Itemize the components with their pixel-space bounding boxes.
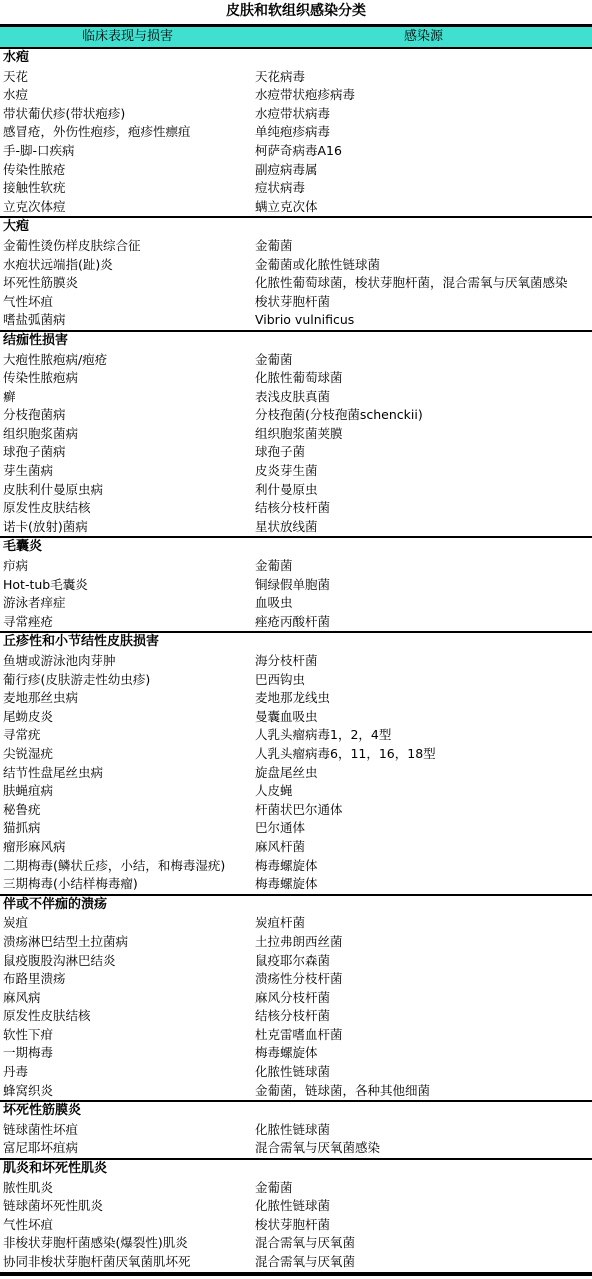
source-cell: 螨立克次体 xyxy=(255,198,592,217)
clinical-cell: 原发性皮肤结核 xyxy=(0,1007,255,1026)
table-section: 坏死性筋膜炎链球菌性坏疽化脓性链球菌富尼耶坏疽病混合需氧与厌氧菌感染 xyxy=(0,1100,592,1158)
source-cell: 组织胞浆菌荚膜 xyxy=(255,425,592,444)
table-row: 组织胞浆菌病组织胞浆菌荚膜 xyxy=(0,425,592,444)
source-cell: Vibrio vulnificus xyxy=(255,311,592,330)
clinical-cell: 溃疡淋巴结型土拉菌病 xyxy=(0,933,255,952)
source-cell: 炭疽杆菌 xyxy=(255,914,592,933)
source-cell: 金葡菌 xyxy=(255,237,592,256)
source-cell: 化脓性葡萄球菌 xyxy=(255,369,592,388)
clinical-cell: 富尼耶坏疽病 xyxy=(0,1139,255,1158)
clinical-cell: 秘鲁疣 xyxy=(0,801,255,820)
clinical-cell: 疖病 xyxy=(0,557,255,576)
source-cell: 麦地那龙线虫 xyxy=(255,689,592,708)
clinical-cell: 游泳者痒症 xyxy=(0,594,255,613)
source-cell: 水痘带状病毒 xyxy=(255,105,592,124)
clinical-cell: 二期梅毒(鳞状丘疹，小结，和梅毒湿疣) xyxy=(0,857,255,876)
clinical-cell: 协同非梭状芽胞杆菌厌氧菌肌坏死 xyxy=(0,1253,255,1272)
table-section: 肌炎和坏死性肌炎脓性肌炎金葡菌链球菌坏死性肌炎化脓性链球菌气性坏疽梭状芽胞杆菌非… xyxy=(0,1158,592,1272)
table-row: 感冒疮，外伤性疱疹，疱疹性瘭疽单纯疱疹病毒 xyxy=(0,123,592,142)
table-row: 立克次体痘螨立克次体 xyxy=(0,198,592,217)
document-page: 皮肤和软组织感染分类 临床表现与损害 感染源 水疱天花天花病毒水痘水痘带状疱疹病… xyxy=(0,0,592,1279)
source-cell: 混合需氧与厌氧菌感染 xyxy=(255,1139,592,1158)
table-row: 软性下疳杜克雷嗜血杆菌 xyxy=(0,1026,592,1045)
table-row: 分枝孢菌病分枝孢菌(分枝孢菌schenckii) xyxy=(0,406,592,425)
table-row: 寻常疣人乳头瘤病毒1，2，4型 xyxy=(0,726,592,745)
clinical-cell: 带状葡伏疹(带状疱疹) xyxy=(0,105,255,124)
source-cell: 痘状病毒 xyxy=(255,179,592,198)
table-row: 三期梅毒(小结样梅毒瘤)梅毒螺旋体 xyxy=(0,875,592,894)
clinical-cell: 链球菌性坏疽 xyxy=(0,1121,255,1140)
table-header-row: 临床表现与损害 感染源 xyxy=(0,27,592,49)
table-row: 溃疡淋巴结型土拉菌病土拉弗朗西丝菌 xyxy=(0,933,592,952)
section-header: 伴或不伴痂的溃疡 xyxy=(0,896,592,915)
source-cell: 化脓性葡萄球菌，梭状芽胞杆菌，混合需氧与厌氧菌感染 xyxy=(255,274,592,293)
clinical-cell: 嗜盐弧菌病 xyxy=(0,311,255,330)
clinical-cell: 寻常疣 xyxy=(0,726,255,745)
section-header: 肌炎和坏死性肌炎 xyxy=(0,1160,592,1179)
clinical-cell: 手-脚-口疾病 xyxy=(0,142,255,161)
table-row: Hot-tub毛囊炎铜绿假单胞菌 xyxy=(0,576,592,595)
source-cell: 化脓性链球菌 xyxy=(255,1063,592,1082)
clinical-cell: 寻常痤疮 xyxy=(0,613,255,632)
clinical-cell: 一期梅毒 xyxy=(0,1044,255,1063)
table-row: 大疱性脓疱病/疱疮金葡菌 xyxy=(0,351,592,370)
table-row: 非梭状芽胞杆菌感染(爆裂性)肌炎混合需氧与厌氧菌 xyxy=(0,1234,592,1253)
source-cell: 结核分枝杆菌 xyxy=(255,1007,592,1026)
source-cell: 血吸虫 xyxy=(255,594,592,613)
table-row: 协同非梭状芽胞杆菌厌氧菌肌坏死混合需氧与厌氧菌 xyxy=(0,1253,592,1272)
table-title: 皮肤和软组织感染分类 xyxy=(0,0,592,24)
source-cell: 杜克雷嗜血杆菌 xyxy=(255,1026,592,1045)
table-row: 秘鲁疣杆菌状巴尔通体 xyxy=(0,801,592,820)
section-header: 坏死性筋膜炎 xyxy=(0,1102,592,1121)
source-cell: 金葡菌 xyxy=(255,557,592,576)
clinical-cell: 传染性脓疱病 xyxy=(0,369,255,388)
table-row: 鱼塘或游泳池肉芽肿海分枝杆菌 xyxy=(0,652,592,671)
table-row: 坏死性筋膜炎化脓性葡萄球菌，梭状芽胞杆菌，混合需氧与厌氧菌感染 xyxy=(0,274,592,293)
clinical-cell: 麦地那丝虫病 xyxy=(0,689,255,708)
clinical-cell: 原发性皮肤结核 xyxy=(0,499,255,518)
table-row: 蜂窝织炎金葡菌，链球菌，各种其他细菌 xyxy=(0,1082,592,1101)
clinical-cell: 肤蝇疽病 xyxy=(0,782,255,801)
source-cell: 铜绿假单胞菌 xyxy=(255,576,592,595)
table-body: 水疱天花天花病毒水痘水痘带状疱疹病毒带状葡伏疹(带状疱疹)水痘带状病毒感冒疮，外… xyxy=(0,49,592,1272)
table-row: 炭疽炭疽杆菌 xyxy=(0,914,592,933)
source-cell: 金葡菌，链球菌，各种其他细菌 xyxy=(255,1082,592,1101)
table-section: 毛囊炎疖病金葡菌Hot-tub毛囊炎铜绿假单胞菌游泳者痒症血吸虫寻常痤疮痤疮丙酸… xyxy=(0,536,592,631)
source-cell: 皮炎芽生菌 xyxy=(255,462,592,481)
table-row: 接触性软疣痘状病毒 xyxy=(0,179,592,198)
source-cell: 痤疮丙酸杆菌 xyxy=(255,613,592,632)
table-row: 链球菌坏死性肌炎化脓性链球菌 xyxy=(0,1197,592,1216)
section-header: 丘疹性和小节结性皮肤损害 xyxy=(0,633,592,652)
table-row: 尖锐湿疣人乳头瘤病毒6，11，16，18型 xyxy=(0,745,592,764)
clinical-cell: 气性坏疽 xyxy=(0,293,255,312)
clinical-cell: 天花 xyxy=(0,68,255,87)
clinical-cell: 麻风病 xyxy=(0,989,255,1008)
table-row: 带状葡伏疹(带状疱疹)水痘带状病毒 xyxy=(0,105,592,124)
clinical-cell: 传染性脓疮 xyxy=(0,161,255,180)
table-row: 葡行疹(皮肤游走性幼虫疹)巴西钩虫 xyxy=(0,671,592,690)
table-row: 布路里溃疡溃疡性分枝杆菌 xyxy=(0,970,592,989)
clinical-cell: 立克次体痘 xyxy=(0,198,255,217)
source-cell: 单纯疱疹病毒 xyxy=(255,123,592,142)
clinical-cell: 感冒疮，外伤性疱疹，疱疹性瘭疽 xyxy=(0,123,255,142)
header-clinical-column: 临床表现与损害 xyxy=(0,27,255,47)
clinical-cell: Hot-tub毛囊炎 xyxy=(0,576,255,595)
section-header: 结痂性损害 xyxy=(0,332,592,351)
source-cell: 混合需氧与厌氧菌 xyxy=(255,1234,592,1253)
source-cell: 化脓性链球菌 xyxy=(255,1197,592,1216)
clinical-cell: 脓性肌炎 xyxy=(0,1179,255,1198)
table-row: 脓性肌炎金葡菌 xyxy=(0,1179,592,1198)
clinical-cell: 球孢子菌病 xyxy=(0,443,255,462)
source-cell: 梭状芽胞杆菌 xyxy=(255,1216,592,1235)
table-row: 手-脚-口疾病柯萨奇病毒A16 xyxy=(0,142,592,161)
section-header: 水疱 xyxy=(0,49,592,68)
source-cell: 旋盘尾丝虫 xyxy=(255,764,592,783)
table-row: 鼠疫腹股沟淋巴结炎鼠疫耶尔森菌 xyxy=(0,952,592,971)
table-row: 原发性皮肤结核结核分枝杆菌 xyxy=(0,1007,592,1026)
source-cell: 曼囊血吸虫 xyxy=(255,708,592,727)
source-cell: 金葡菌 xyxy=(255,1179,592,1198)
source-cell: 柯萨奇病毒A16 xyxy=(255,142,592,161)
header-source-column: 感染源 xyxy=(255,27,592,47)
source-cell: 化脓性链球菌 xyxy=(255,1121,592,1140)
table-row: 原发性皮肤结核结核分枝杆菌 xyxy=(0,499,592,518)
table-row: 肤蝇疽病人皮蝇 xyxy=(0,782,592,801)
source-cell: 海分枝杆菌 xyxy=(255,652,592,671)
table-row: 气性坏疽梭状芽胞杆菌 xyxy=(0,293,592,312)
clinical-cell: 组织胞浆菌病 xyxy=(0,425,255,444)
source-cell: 混合需氧与厌氧菌 xyxy=(255,1253,592,1272)
section-header: 毛囊炎 xyxy=(0,538,592,557)
table-row: 嗜盐弧菌病Vibrio vulnificus xyxy=(0,311,592,330)
source-cell: 巴西钩虫 xyxy=(255,671,592,690)
table-section: 丘疹性和小节结性皮肤损害鱼塘或游泳池肉芽肿海分枝杆菌葡行疹(皮肤游走性幼虫疹)巴… xyxy=(0,631,592,893)
source-cell: 人皮蝇 xyxy=(255,782,592,801)
clinical-cell: 芽生菌病 xyxy=(0,462,255,481)
table-row: 富尼耶坏疽病混合需氧与厌氧菌感染 xyxy=(0,1139,592,1158)
source-cell: 人乳头瘤病毒1，2，4型 xyxy=(255,726,592,745)
table-row: 水痘水痘带状疱疹病毒 xyxy=(0,86,592,105)
source-cell: 分枝孢菌(分枝孢菌schenckii) xyxy=(255,406,592,425)
clinical-cell: 鱼塘或游泳池肉芽肿 xyxy=(0,652,255,671)
clinical-cell: 蜂窝织炎 xyxy=(0,1082,255,1101)
clinical-cell: 丹毒 xyxy=(0,1063,255,1082)
clinical-cell: 尖锐湿疣 xyxy=(0,745,255,764)
clinical-cell: 炭疽 xyxy=(0,914,255,933)
source-cell: 麻风分枝杆菌 xyxy=(255,989,592,1008)
clinical-cell: 链球菌坏死性肌炎 xyxy=(0,1197,255,1216)
table-row: 二期梅毒(鳞状丘疹，小结，和梅毒湿疣)梅毒螺旋体 xyxy=(0,857,592,876)
source-cell: 巴尔通体 xyxy=(255,819,592,838)
table-section: 大疱金葡性烫伤样皮肤综合征金葡菌水疱状远端指(趾)炎金葡菌或化脓性链球菌坏死性筋… xyxy=(0,216,592,330)
source-cell: 副痘病毒属 xyxy=(255,161,592,180)
clinical-cell: 鼠疫腹股沟淋巴结炎 xyxy=(0,952,255,971)
table-row: 尾蚴皮炎曼囊血吸虫 xyxy=(0,708,592,727)
clinical-cell: 猫抓病 xyxy=(0,819,255,838)
table-row: 寻常痤疮痤疮丙酸杆菌 xyxy=(0,613,592,632)
clinical-cell: 接触性软疣 xyxy=(0,179,255,198)
source-cell: 表浅皮肤真菌 xyxy=(255,388,592,407)
table-row: 麦地那丝虫病麦地那龙线虫 xyxy=(0,689,592,708)
table-row: 疖病金葡菌 xyxy=(0,557,592,576)
table-row: 丹毒化脓性链球菌 xyxy=(0,1063,592,1082)
table-section: 结痂性损害大疱性脓疱病/疱疮金葡菌传染性脓疱病化脓性葡萄球菌癣表浅皮肤真菌分枝孢… xyxy=(0,330,592,537)
clinical-cell: 葡行疹(皮肤游走性幼虫疹) xyxy=(0,671,255,690)
table-row: 猫抓病巴尔通体 xyxy=(0,819,592,838)
table-row: 水疱状远端指(趾)炎金葡菌或化脓性链球菌 xyxy=(0,256,592,275)
table-row: 芽生菌病皮炎芽生菌 xyxy=(0,462,592,481)
table-row: 金葡性烫伤样皮肤综合征金葡菌 xyxy=(0,237,592,256)
clinical-cell: 坏死性筋膜炎 xyxy=(0,274,255,293)
table-row: 球孢子菌病球孢子菌 xyxy=(0,443,592,462)
table-row: 诺卡(放射)菌病星状放线菌 xyxy=(0,518,592,537)
clinical-cell: 布路里溃疡 xyxy=(0,970,255,989)
source-cell: 人乳头瘤病毒6，11，16，18型 xyxy=(255,745,592,764)
clinical-cell: 非梭状芽胞杆菌感染(爆裂性)肌炎 xyxy=(0,1234,255,1253)
table-row: 传染性脓疮副痘病毒属 xyxy=(0,161,592,180)
source-cell: 水痘带状疱疹病毒 xyxy=(255,86,592,105)
table-row: 癣表浅皮肤真菌 xyxy=(0,388,592,407)
clinical-cell: 软性下疳 xyxy=(0,1026,255,1045)
source-cell: 星状放线菌 xyxy=(255,518,592,537)
table-row: 链球菌性坏疽化脓性链球菌 xyxy=(0,1121,592,1140)
clinical-cell: 皮肤利什曼原虫病 xyxy=(0,481,255,500)
source-cell: 球孢子菌 xyxy=(255,443,592,462)
source-cell: 天花病毒 xyxy=(255,68,592,87)
table-row: 结节性盘尾丝虫病旋盘尾丝虫 xyxy=(0,764,592,783)
infection-classification-table: 临床表现与损害 感染源 水疱天花天花病毒水痘水痘带状疱疹病毒带状葡伏疹(带状疱疹… xyxy=(0,24,592,1276)
clinical-cell: 癣 xyxy=(0,388,255,407)
source-cell: 鼠疫耶尔森菌 xyxy=(255,952,592,971)
clinical-cell: 结节性盘尾丝虫病 xyxy=(0,764,255,783)
table-row: 传染性脓疱病化脓性葡萄球菌 xyxy=(0,369,592,388)
source-cell: 金葡菌 xyxy=(255,351,592,370)
table-row: 瘤形麻风病麻风杆菌 xyxy=(0,838,592,857)
table-row: 天花天花病毒 xyxy=(0,68,592,87)
source-cell: 结核分枝杆菌 xyxy=(255,499,592,518)
source-cell: 溃疡性分枝杆菌 xyxy=(255,970,592,989)
clinical-cell: 气性坏疽 xyxy=(0,1216,255,1235)
clinical-cell: 三期梅毒(小结样梅毒瘤) xyxy=(0,875,255,894)
table-row: 皮肤利什曼原虫病利什曼原虫 xyxy=(0,481,592,500)
clinical-cell: 水疱状远端指(趾)炎 xyxy=(0,256,255,275)
clinical-cell: 尾蚴皮炎 xyxy=(0,708,255,727)
source-cell: 利什曼原虫 xyxy=(255,481,592,500)
clinical-cell: 诺卡(放射)菌病 xyxy=(0,518,255,537)
table-row: 游泳者痒症血吸虫 xyxy=(0,594,592,613)
clinical-cell: 大疱性脓疱病/疱疮 xyxy=(0,351,255,370)
source-cell: 土拉弗朗西丝菌 xyxy=(255,933,592,952)
source-cell: 金葡菌或化脓性链球菌 xyxy=(255,256,592,275)
table-row: 一期梅毒梅毒螺旋体 xyxy=(0,1044,592,1063)
table-section: 伴或不伴痂的溃疡炭疽炭疽杆菌溃疡淋巴结型土拉菌病土拉弗朗西丝菌鼠疫腹股沟淋巴结炎… xyxy=(0,894,592,1101)
source-cell: 梅毒螺旋体 xyxy=(255,875,592,894)
table-section: 水疱天花天花病毒水痘水痘带状疱疹病毒带状葡伏疹(带状疱疹)水痘带状病毒感冒疮，外… xyxy=(0,49,592,216)
source-cell: 杆菌状巴尔通体 xyxy=(255,801,592,820)
section-header: 大疱 xyxy=(0,218,592,237)
table-row: 气性坏疽梭状芽胞杆菌 xyxy=(0,1216,592,1235)
source-cell: 梅毒螺旋体 xyxy=(255,857,592,876)
clinical-cell: 金葡性烫伤样皮肤综合征 xyxy=(0,237,255,256)
clinical-cell: 瘤形麻风病 xyxy=(0,838,255,857)
table-row: 麻风病麻风分枝杆菌 xyxy=(0,989,592,1008)
source-cell: 梅毒螺旋体 xyxy=(255,1044,592,1063)
source-cell: 梭状芽胞杆菌 xyxy=(255,293,592,312)
clinical-cell: 水痘 xyxy=(0,86,255,105)
source-cell: 麻风杆菌 xyxy=(255,838,592,857)
clinical-cell: 分枝孢菌病 xyxy=(0,406,255,425)
